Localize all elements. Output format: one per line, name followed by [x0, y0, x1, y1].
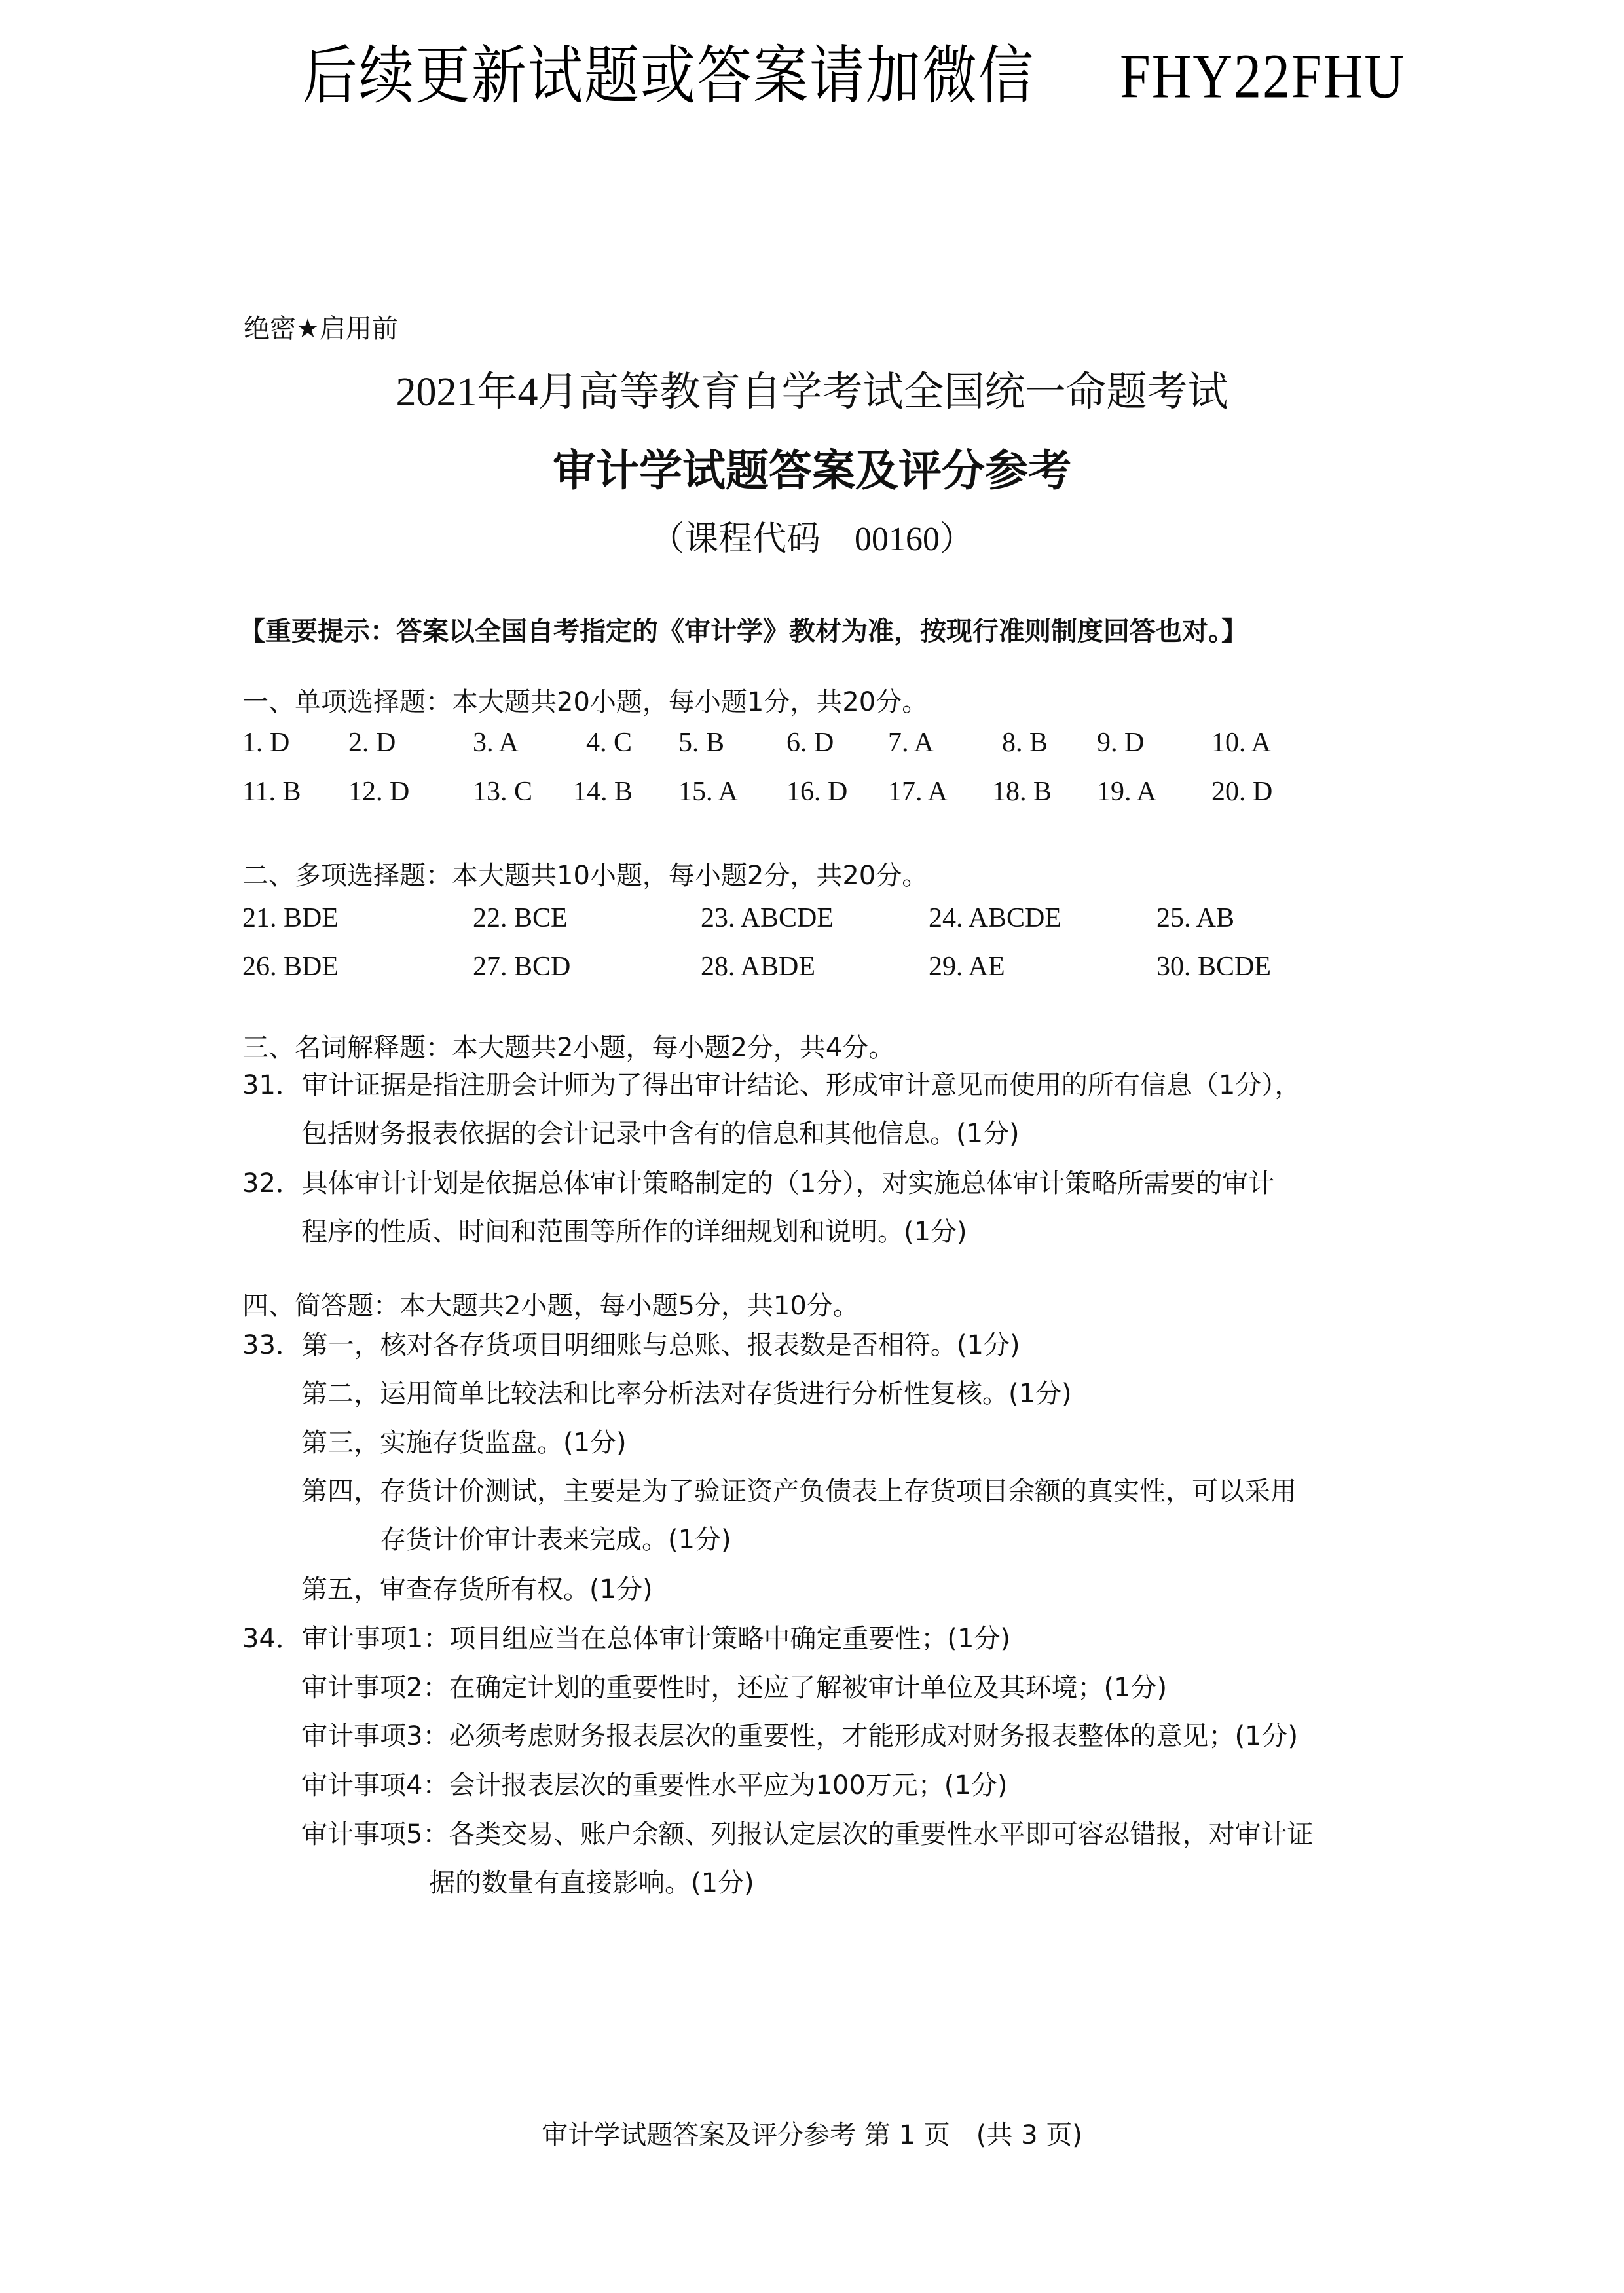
- banner-contact: FHY22FHU: [1120, 41, 1405, 111]
- answer-item: 1. D: [242, 727, 289, 758]
- q33-line2: 第二，运用简单比较法和比率分析法对存货进行分析性复核。(1分): [301, 1370, 1072, 1418]
- answer-item: 16. D: [786, 776, 847, 808]
- answer-item: 3. A: [473, 727, 519, 758]
- answer-item: 30. BCDE: [1156, 951, 1271, 982]
- q34-line6: 据的数量有直接影响。(1分): [429, 1859, 754, 1907]
- answer-item: 21. BDE: [242, 903, 339, 934]
- section4-heading: 四、简答题：本大题共2小题，每小题5分，共10分。: [242, 1285, 859, 1322]
- q31-line1: 31．审计证据是指注册会计师为了得出审计结论、形成审计意见而使用的所有信息（1分…: [242, 1061, 1301, 1109]
- answer-item: 10. A: [1211, 727, 1271, 758]
- page-footer: 审计学试题答案及评分参考 第 1 页 (共 3 页): [0, 2114, 1624, 2152]
- course-code: （课程代码 00160）: [0, 511, 1624, 560]
- doc-title: 审计学试题答案及评分参考: [0, 436, 1624, 498]
- secret-label: 绝密★启用前: [244, 308, 398, 345]
- q34-line3: 审计事项3：必须考虑财务报表层次的重要性，才能形成对财务报表整体的意见；(1分): [301, 1712, 1298, 1761]
- q33-line4: 第四，存货计价测试，主要是为了验证资产负债表上存货项目余额的真实性，可以采用: [301, 1467, 1297, 1516]
- answer-item: 27. BCD: [473, 951, 570, 982]
- answer-item: 19. A: [1097, 776, 1156, 808]
- answer-item: 13. C: [473, 776, 532, 808]
- q33-line1: 33．第一，核对各存货项目明细账与总账、报表数是否相符。(1分): [242, 1321, 1020, 1370]
- answer-item: 20. D: [1211, 776, 1272, 808]
- answer-item: 25. AB: [1156, 903, 1234, 934]
- answer-item: 28. ABDE: [701, 951, 815, 982]
- section2-heading: 二、多项选择题：本大题共10小题，每小题2分，共20分。: [242, 855, 928, 892]
- banner-text: 后续更新试题或答案请加微信: [303, 41, 1035, 111]
- answer-item: 26. BDE: [242, 951, 339, 982]
- q33-line3: 第三，实施存货监盘。(1分): [301, 1419, 627, 1467]
- answer-item: 9. D: [1097, 727, 1144, 758]
- answer-item: 29. AE: [929, 951, 1005, 982]
- answer-item: 22. BCE: [473, 903, 568, 934]
- q34-line1: 34．审计事项1：项目组应当在总体审计策略中确定重要性；(1分): [242, 1614, 1010, 1663]
- answer-item: 2. D: [348, 727, 396, 758]
- answer-item: 11. B: [242, 776, 301, 808]
- answer-item: 15. A: [678, 776, 738, 808]
- section1-heading: 一、单项选择题：本大题共20小题，每小题1分，共20分。: [242, 681, 928, 718]
- answer-item: 24. ABCDE: [929, 903, 1061, 934]
- q33-line6: 第五，审查存货所有权。(1分): [301, 1565, 653, 1614]
- answer-item: 14. B: [573, 776, 633, 808]
- answer-item: 17. A: [888, 776, 948, 808]
- section3-heading: 三、名词解释题：本大题共2小题，每小题2分，共4分。: [242, 1027, 895, 1064]
- answer-item: 5. B: [678, 727, 724, 758]
- q33-line5: 存货计价审计表来完成。(1分): [380, 1516, 731, 1564]
- answer-item: 7. A: [888, 727, 934, 758]
- answer-item: 18. B: [992, 776, 1052, 808]
- answer-item: 4. C: [586, 727, 632, 758]
- q34-line4: 审计事项4：会计报表层次的重要性水平应为100万元；(1分): [301, 1761, 1007, 1810]
- wechat-banner: 后续更新试题或答案请加微信FHY22FHU: [303, 25, 1405, 116]
- answer-item: 23. ABCDE: [701, 903, 834, 934]
- q34-line2: 审计事项2：在确定计划的重要性时，还应了解被审计单位及其环境；(1分): [301, 1664, 1167, 1712]
- q31-line2: 包括财务报表依据的会计记录中含有的信息和其他信息。(1分): [301, 1109, 1020, 1158]
- answer-item: 8. B: [1002, 727, 1048, 758]
- important-notice: 【重要提示：答案以全国自考指定的《审计学》教材为准，按现行准则制度回答也对。】: [239, 610, 1247, 648]
- q32-line1: 32．具体审计计划是依据总体审计策略制定的（1分），对实施总体审计策略所需要的审…: [242, 1159, 1274, 1208]
- q32-line2: 程序的性质、时间和范围等所作的详细规划和说明。(1分): [301, 1208, 967, 1256]
- q34-line5: 审计事项5：各类交易、账户余额、列报认定层次的重要性水平即可容忍错报，对审计证: [301, 1810, 1313, 1859]
- exam-title: 2021年4月高等教育自学考试全国统一命题考试: [0, 359, 1624, 417]
- answer-item: 6. D: [786, 727, 834, 758]
- answer-item: 12. D: [348, 776, 409, 808]
